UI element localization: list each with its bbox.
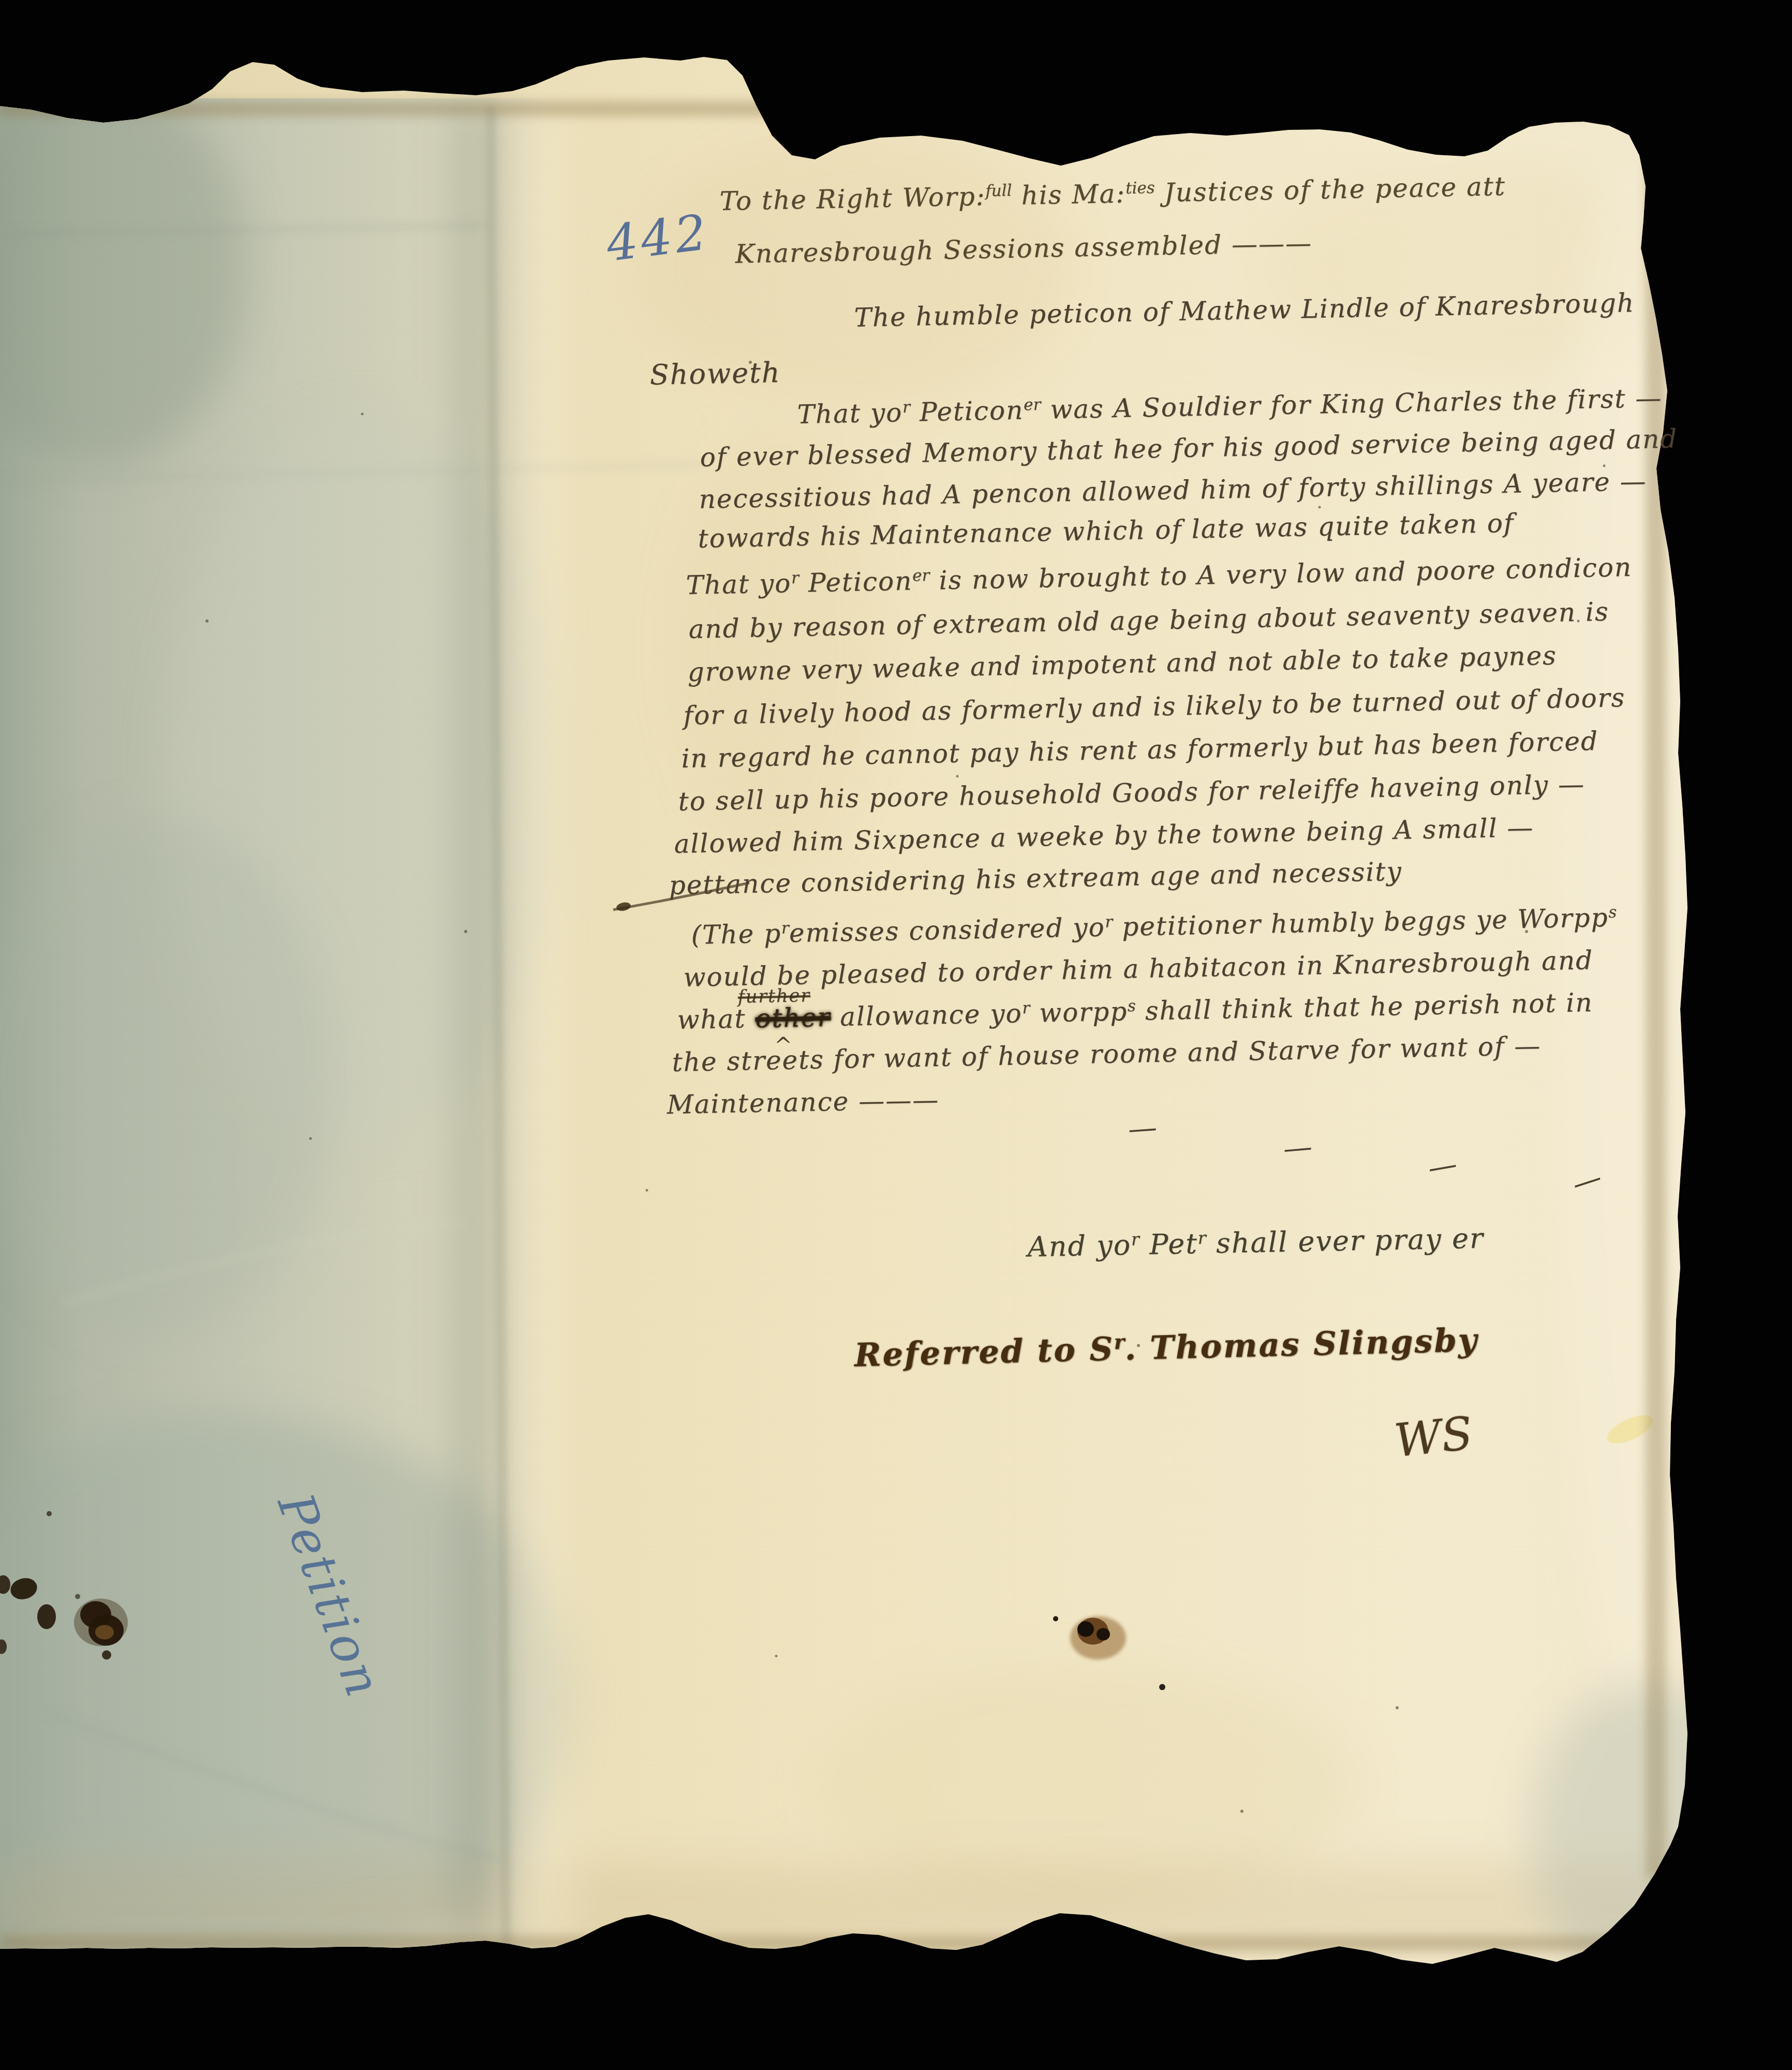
text-seg: shall ever pray er xyxy=(1206,1222,1484,1260)
manuscript-scan: 442 To the Right Worp:full his Ma:ties J… xyxy=(0,0,1792,2070)
flourish-dash-1: — xyxy=(1127,1111,1158,1146)
text-seg: Peticon xyxy=(798,566,912,598)
superscript: r xyxy=(1131,1229,1140,1249)
flourish-dash-2: — xyxy=(1282,1130,1313,1166)
text-seg: That yo xyxy=(797,397,903,430)
superscript: r xyxy=(1197,1228,1206,1248)
text-seg: That yo xyxy=(686,568,792,600)
heading-seg: his Ma: xyxy=(1012,179,1126,211)
ink-blot-core xyxy=(95,1625,114,1639)
heading-seg: To the Right Worp: xyxy=(719,181,986,216)
ink-speck xyxy=(47,1511,52,1516)
para3-line5: Maintenance ——— xyxy=(667,1085,940,1120)
flourish-dash-3: — xyxy=(1425,1147,1459,1186)
superscript: r xyxy=(791,569,799,587)
text-seg: Peticon xyxy=(910,395,1024,427)
superscript: s xyxy=(1608,903,1617,922)
superscript: r xyxy=(1022,999,1030,1017)
superscript: r xyxy=(1105,912,1113,931)
superscript: r xyxy=(781,919,790,937)
clerk-monogram: WS xyxy=(1392,1406,1475,1467)
inserted-word: further xyxy=(737,985,810,1008)
text-seg: And yo xyxy=(1027,1229,1132,1263)
showeth-label: Showeth xyxy=(649,356,781,391)
text-seg: emisses considered yo xyxy=(789,912,1105,949)
text-seg: allowance yo xyxy=(831,998,1023,1032)
superscript: r xyxy=(902,398,911,417)
superscript: er xyxy=(1024,395,1041,415)
superscript: s xyxy=(1128,997,1136,1015)
superscript: r xyxy=(1114,1330,1124,1354)
text-seg: Pet xyxy=(1139,1228,1198,1261)
text-seg: what xyxy=(677,1003,756,1035)
superscript: er xyxy=(912,566,930,585)
text-seg: worpp xyxy=(1030,996,1128,1028)
text-seg: Referred to S xyxy=(854,1330,1115,1374)
heading-superscript: ties xyxy=(1125,179,1155,198)
ink-speck xyxy=(75,1594,80,1599)
text-seg: (The p xyxy=(691,919,782,950)
ink-blot xyxy=(37,1604,56,1629)
ink-speck xyxy=(102,1650,111,1660)
heading-superscript: full xyxy=(985,181,1012,200)
